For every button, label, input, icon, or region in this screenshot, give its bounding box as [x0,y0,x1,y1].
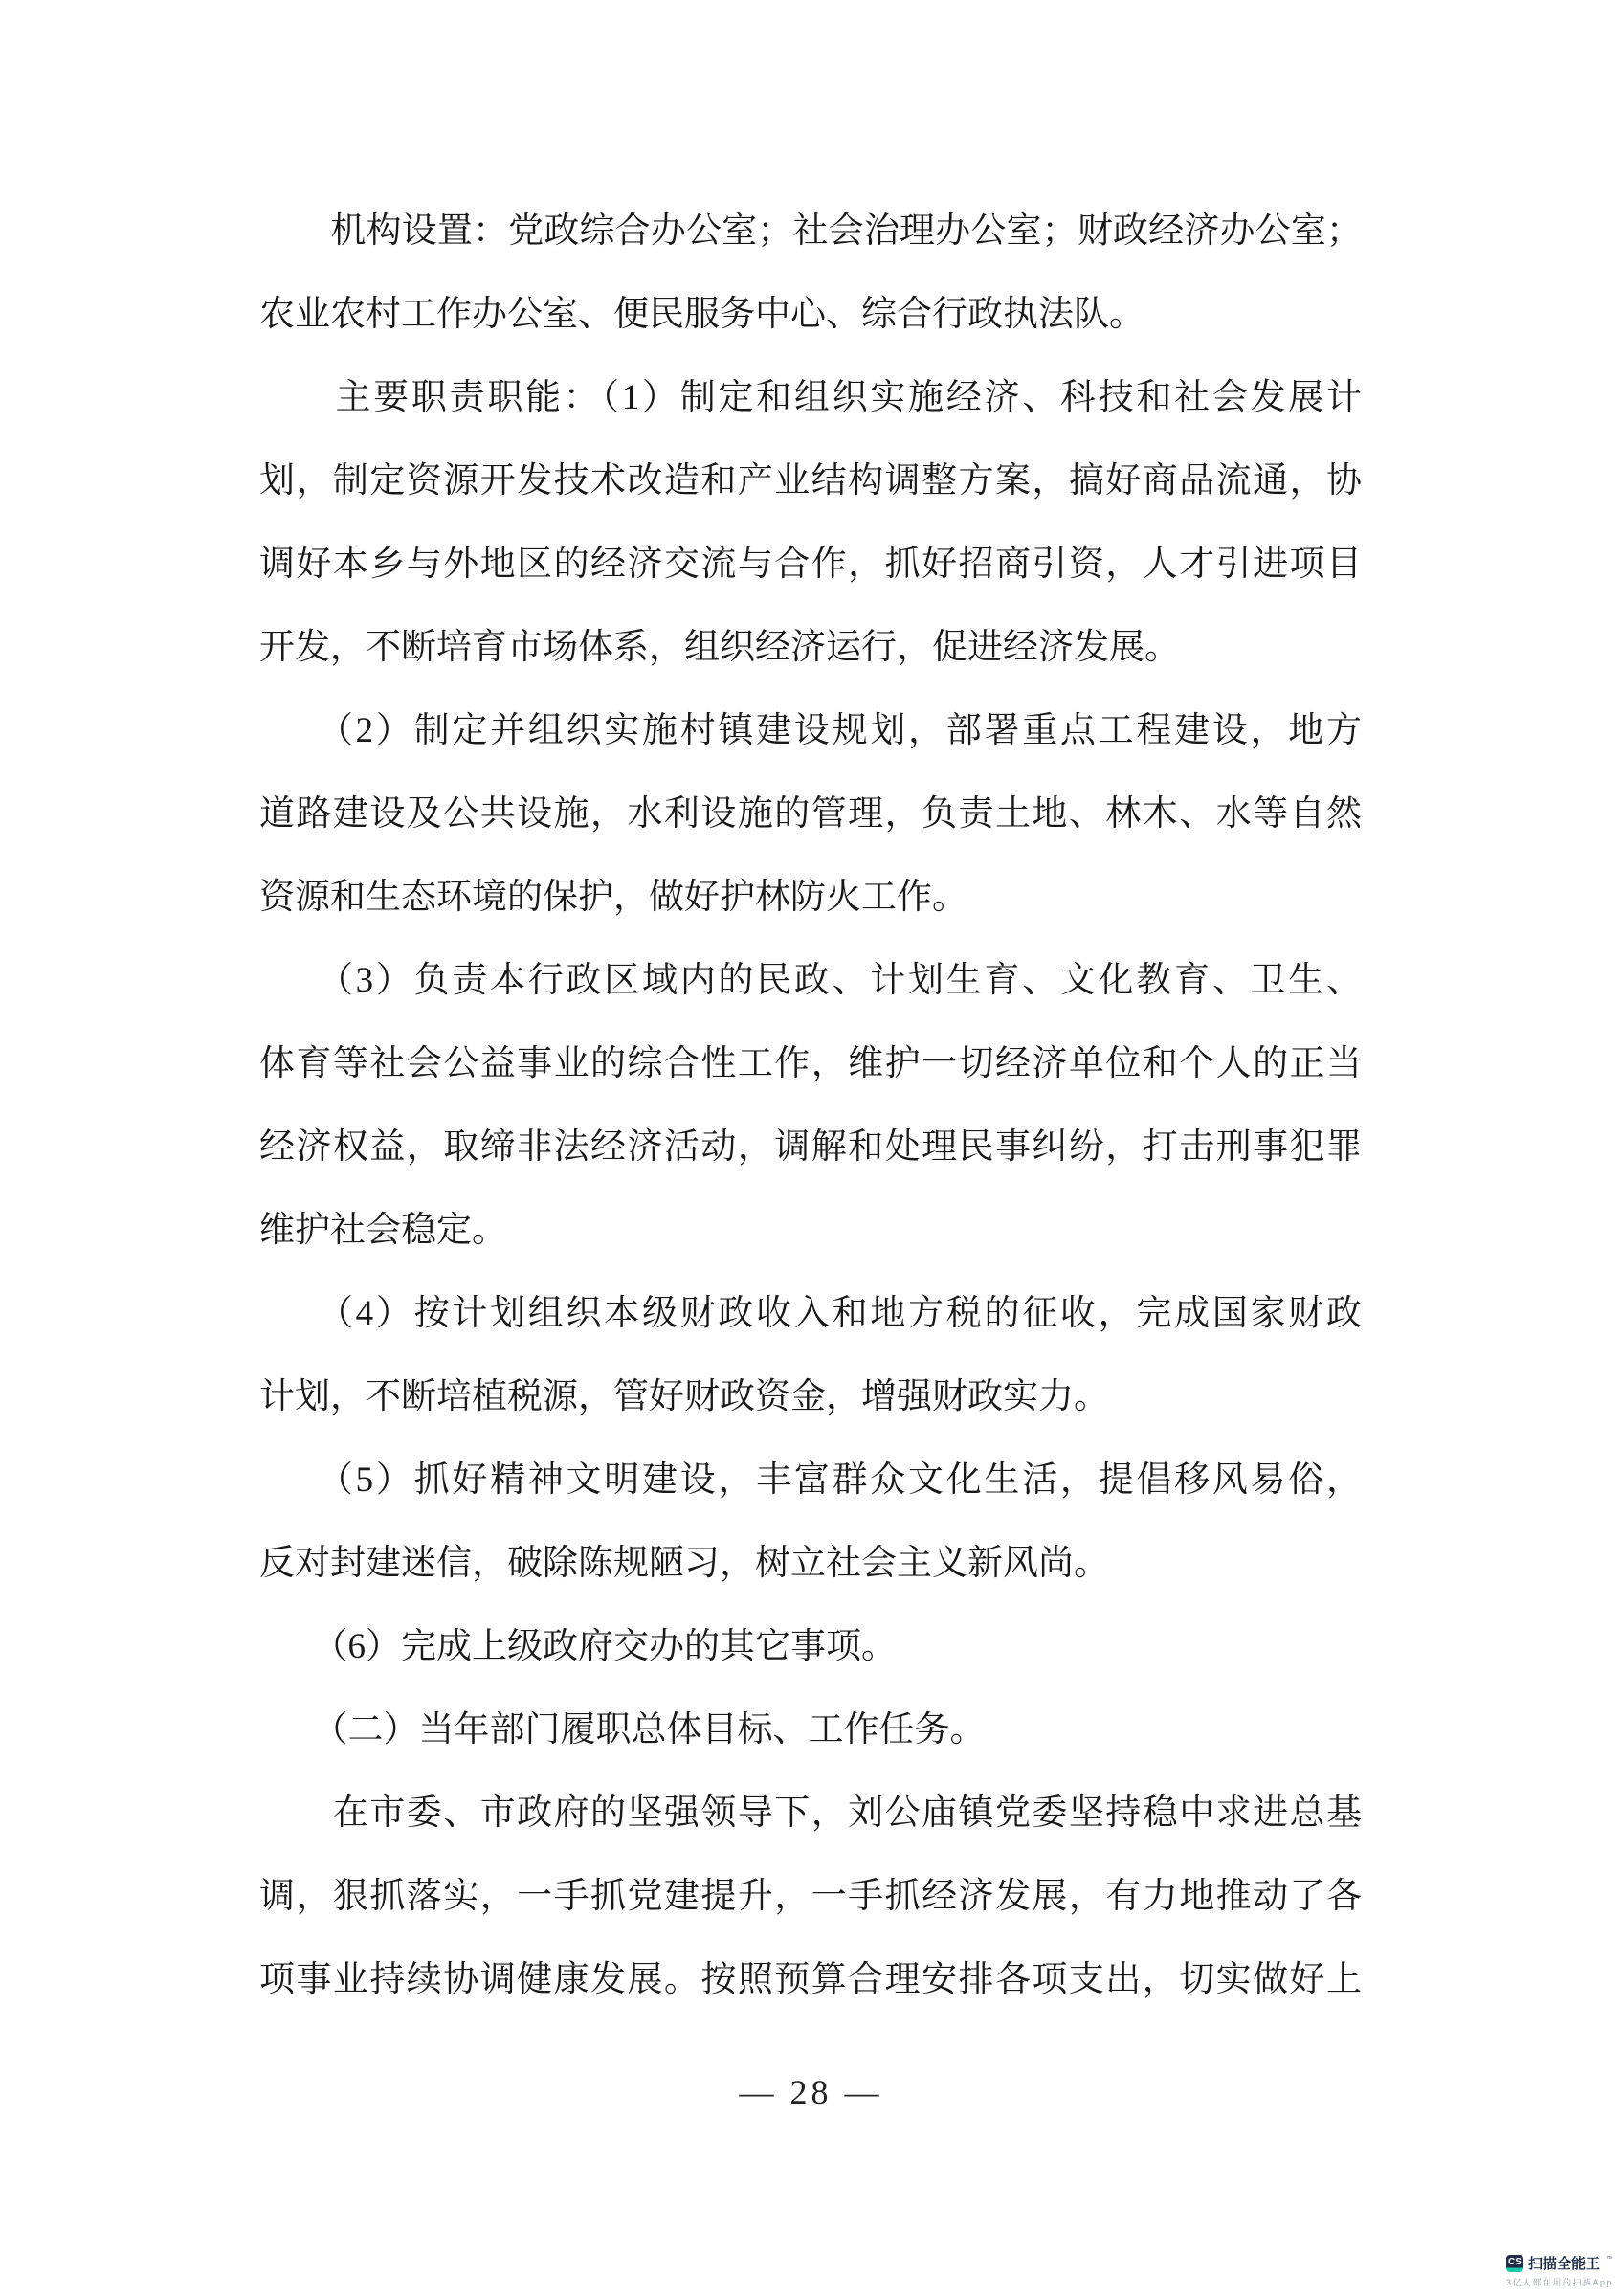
text-line: （5）抓好精神文明建设，丰富群众文化生活，提倡移风易俗， [259,1438,1362,1522]
text-line: 开发，不断培育市场体系，组织经济运行，促进经济发展。 [259,606,1362,689]
camscanner-logo-icon: CS [1506,2255,1523,2272]
text-line: 反对封建迷信，破除陈规陋习，树立社会主义新风尚。 [259,1522,1362,1605]
scanned-document-page: 机构设置：党政综合办公室；社会治理办公室；财政经济办公室；农业农村工作办公室、便… [0,0,1622,2296]
text-line: （2）制定并组织实施村镇建设规划，部署重点工程建设，地方 [259,689,1362,772]
text-line: （3）负责本行政区域内的民政、计划生育、文化教育、卫生、 [259,939,1362,1022]
watermark-tagline: 3亿人都在用的扫描App [1506,2276,1612,2288]
page-number: — 28 — [0,2072,1622,2112]
watermark-brand-name: 扫描全能王 [1528,2257,1600,2271]
text-line: 主要职责职能：（1）制定和组织实施经济、科技和社会发展计 [259,356,1362,439]
text-line: （二）当年部门履职总体目标、工作任务。 [259,1688,1362,1772]
text-line: 划，制定资源开发技术改造和产业结构调整方案，搞好商品流通，协 [259,439,1362,523]
text-line: 项事业持续协调健康发展。按照预算合理安排各项支出，切实做好上 [259,1938,1362,2021]
text-line: 调好本乡与外地区的经济交流与合作，抓好招商引资，人才引进项目 [259,523,1362,606]
text-line: 体育等社会公益事业的综合性工作，维护一切经济单位和个人的正当 [259,1022,1362,1105]
text-line: 计划，不断培植税源，管好财政资金，增强财政实力。 [259,1355,1362,1438]
text-line: 道路建设及公共设施，水利设施的管理，负责土地、林木、水等自然 [259,772,1362,856]
text-line: 经济权益，取缔非法经济活动，调解和处理民事纠纷，打击刑事犯罪 [259,1105,1362,1189]
text-line: 农业农村工作办公室、便民服务中心、综合行政执法队。 [259,273,1362,356]
text-line: 机构设置：党政综合办公室；社会治理办公室；财政经济办公室； [259,189,1362,273]
text-line: 调，狠抓落实，一手抓党建提升，一手抓经济发展，有力地推动了各 [259,1855,1362,1938]
text-line: 资源和生态环境的保护，做好护林防火工作。 [259,856,1362,939]
trademark-symbol: ™ [1606,2256,1612,2263]
text-line: 在市委、市政府的坚强领导下，刘公庙镇党委坚持稳中求进总基 [259,1772,1362,1855]
camscanner-watermark: CS 扫描全能王 ™ 3亿人都在用的扫描App [1506,2255,1612,2288]
text-line: （4）按计划组织本级财政收入和地方税的征收，完成国家财政 [259,1272,1362,1355]
text-line: 维护社会稳定。 [259,1189,1362,1272]
document-lines: 机构设置：党政综合办公室；社会治理办公室；财政经济办公室；农业农村工作办公室、便… [259,189,1362,2021]
watermark-brand-row: CS 扫描全能王 ™ [1506,2255,1612,2272]
text-line: （6）完成上级政府交办的其它事项。 [259,1605,1362,1688]
